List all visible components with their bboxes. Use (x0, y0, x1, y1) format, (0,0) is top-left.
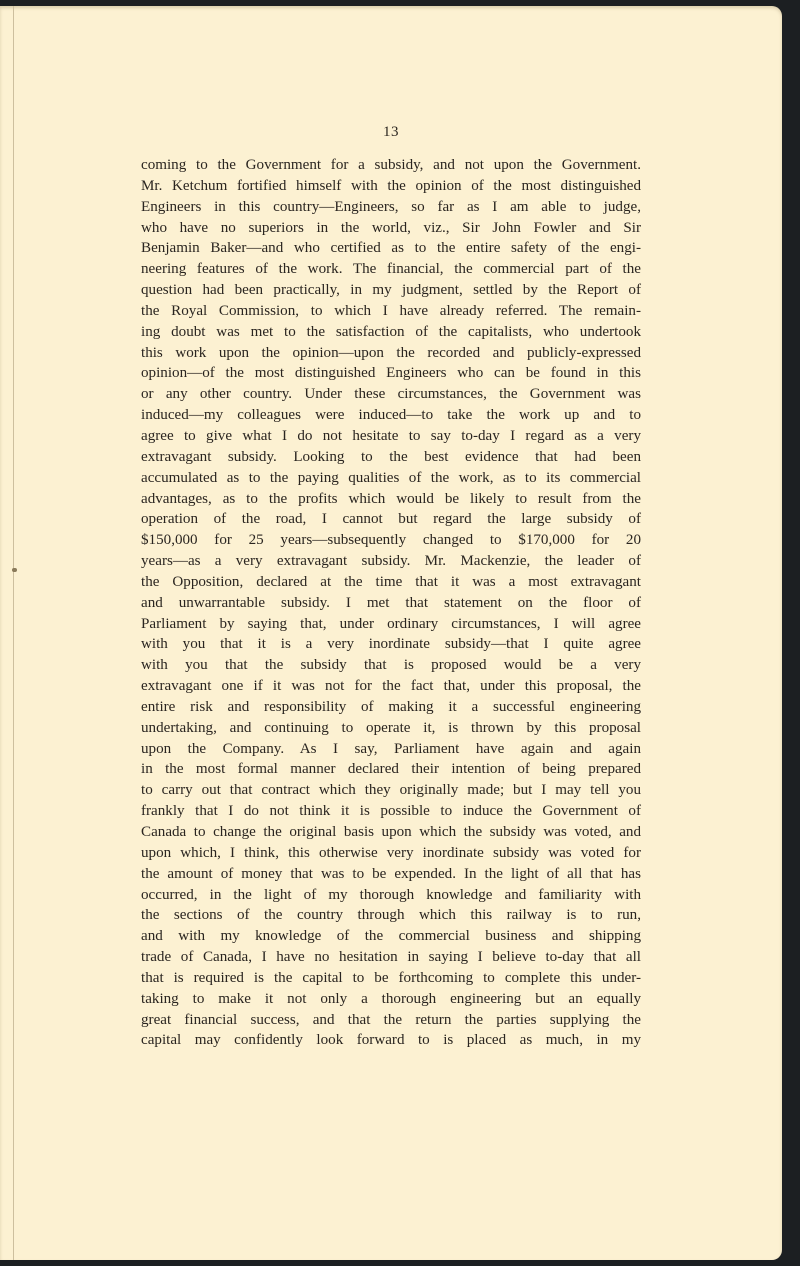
paper-blemish (12, 568, 17, 572)
text-line: undertaking, and continuing to operate i… (141, 718, 641, 739)
text-line: opinion—of the most distinguished Engine… (141, 363, 641, 384)
text-line: $150,000 for 25 years—subsequently chang… (141, 530, 641, 551)
text-line: to carry out that contract which they or… (141, 780, 641, 801)
page-number: 13 (0, 124, 782, 141)
text-line: extravagant one if it was not for the fa… (141, 676, 641, 697)
text-line: advantages, as to the profits which woul… (141, 489, 641, 510)
text-line: coming to the Government for a subsidy, … (141, 155, 641, 176)
text-line: Mr. Ketchum fortified himself with the o… (141, 176, 641, 197)
text-line: with you that the subsidy that is propos… (141, 655, 641, 676)
text-line: frankly that I do not think it is possib… (141, 801, 641, 822)
text-line: taking to make it not only a thorough en… (141, 989, 641, 1010)
text-line: the amount of money that was to be expen… (141, 864, 641, 885)
text-line: operation of the road, I cannot but rega… (141, 509, 641, 530)
text-line: the Royal Commission, to which I have al… (141, 301, 641, 322)
text-line: Parliament by saying that, under ordinar… (141, 614, 641, 635)
body-text: coming to the Government for a subsidy, … (141, 155, 641, 1051)
text-line: the sections of the country through whic… (141, 905, 641, 926)
text-line: and unwarrantable subsidy. I met that st… (141, 593, 641, 614)
text-line: Canada to change the original basis upon… (141, 822, 641, 843)
binding-line (13, 6, 14, 1260)
text-line: trade of Canada, I have no hesitation in… (141, 947, 641, 968)
text-line: and with my knowledge of the commercial … (141, 926, 641, 947)
text-line: capital may confidently look forward to … (141, 1030, 641, 1051)
text-line: entire risk and responsibility of making… (141, 697, 641, 718)
text-line: ing doubt was met to the satisfaction of… (141, 322, 641, 343)
text-line: agree to give what I do not hesitate to … (141, 426, 641, 447)
text-line: or any other country. Under these circum… (141, 384, 641, 405)
text-line: in the most formal manner declared their… (141, 759, 641, 780)
text-line: upon which, I think, this otherwise very… (141, 843, 641, 864)
text-line: who have no superiors in the world, viz.… (141, 218, 641, 239)
text-line: the Opposition, declared at the time tha… (141, 572, 641, 593)
text-line: with you that it is a very inordinate su… (141, 634, 641, 655)
text-line: Engineers in this country—Engineers, so … (141, 197, 641, 218)
text-line: occurred, in the light of my thorough kn… (141, 885, 641, 906)
text-line: years—as a very extravagant subsidy. Mr.… (141, 551, 641, 572)
text-line: extravagant subsidy. Looking to the best… (141, 447, 641, 468)
text-line: induced—my colleagues were induced—to ta… (141, 405, 641, 426)
text-line: neering features of the work. The financ… (141, 259, 641, 280)
text-line: accumulated as to the paying qualities o… (141, 468, 641, 489)
text-line: great financial success, and that the re… (141, 1010, 641, 1031)
text-line: that is required is the capital to be fo… (141, 968, 641, 989)
text-line: this work upon the opinion—upon the reco… (141, 343, 641, 364)
document-page: 13 coming to the Government for a subsid… (0, 6, 782, 1260)
text-line: question had been practically, in my jud… (141, 280, 641, 301)
text-line: Benjamin Baker—and who certified as to t… (141, 238, 641, 259)
text-line: upon the Company. As I say, Parliament h… (141, 739, 641, 760)
